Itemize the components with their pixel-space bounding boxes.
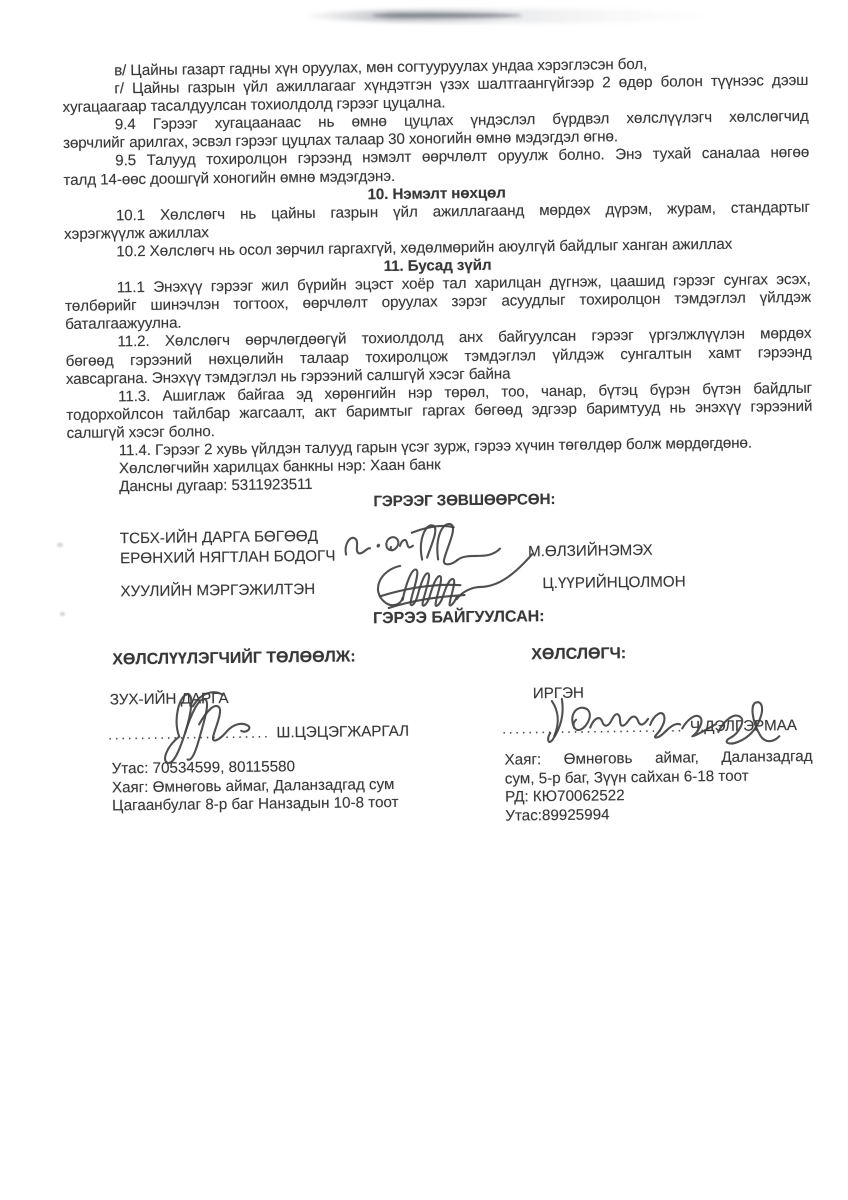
lessee-heading: ХӨЛСЛӨГЧ: bbox=[531, 645, 626, 664]
scanned-document-page: в/ Цайны газарт гадны хүн оруулах, мөн с… bbox=[0, 0, 848, 1200]
contact-line: Цагаанбулаг 8-р баг Нанзадын 10-8 тоот bbox=[112, 793, 442, 816]
signatory-name: Ц.ҮҮРИЙНЦОЛМОН bbox=[542, 573, 685, 592]
signatory-title-line2: ЕРӨНХИЙ НЯГТЛАН БОДОГЧ bbox=[120, 548, 336, 568]
signatory-name: М.ӨЛЗИЙНЭМЭХ bbox=[528, 542, 653, 561]
signatory-title-line1: ТСБХ-ИЙН ДАРГА БӨГӨӨД bbox=[120, 528, 318, 547]
document-content: в/ Цайны газарт гадны хүн оруулах, мөн с… bbox=[0, 0, 848, 1200]
paragraph: 11.2. Хөлслөгч өөрчлөгдөөгүй тохиолдолд … bbox=[65, 325, 812, 388]
lessor-heading: ХӨЛСЛҮҮЛЭГЧИЙГ ТӨЛӨӨЛЖ: bbox=[112, 648, 356, 669]
signature-legal-specialist bbox=[362, 548, 535, 614]
signatory-title-line1: ХУУЛИЙН МЭРГЭЖИЛТЭН bbox=[120, 581, 315, 600]
contact-line: Утас:89925994 bbox=[505, 803, 813, 825]
signature-ch-delgermaa bbox=[538, 691, 787, 754]
lessor-name: Ш.ЦЭЦЭГЖАРГАЛ bbox=[270, 723, 409, 742]
contract-body: в/ Цайны газарт гадны хүн оруулах, мөн с… bbox=[62, 54, 813, 515]
paragraph: 11.1 Энэхүү гэрээг жил бүрийн эцэст хоёр… bbox=[65, 271, 812, 334]
signature-sh-tsetsegjargal bbox=[149, 684, 268, 771]
lessee-contact: Хаяг: Өмнөговь аймаг, Даланзадгадсум, 5-… bbox=[504, 748, 813, 826]
paragraph: 11.3. Ашиглаж байгаа эд хөрөнгийн нэр тө… bbox=[66, 380, 813, 443]
